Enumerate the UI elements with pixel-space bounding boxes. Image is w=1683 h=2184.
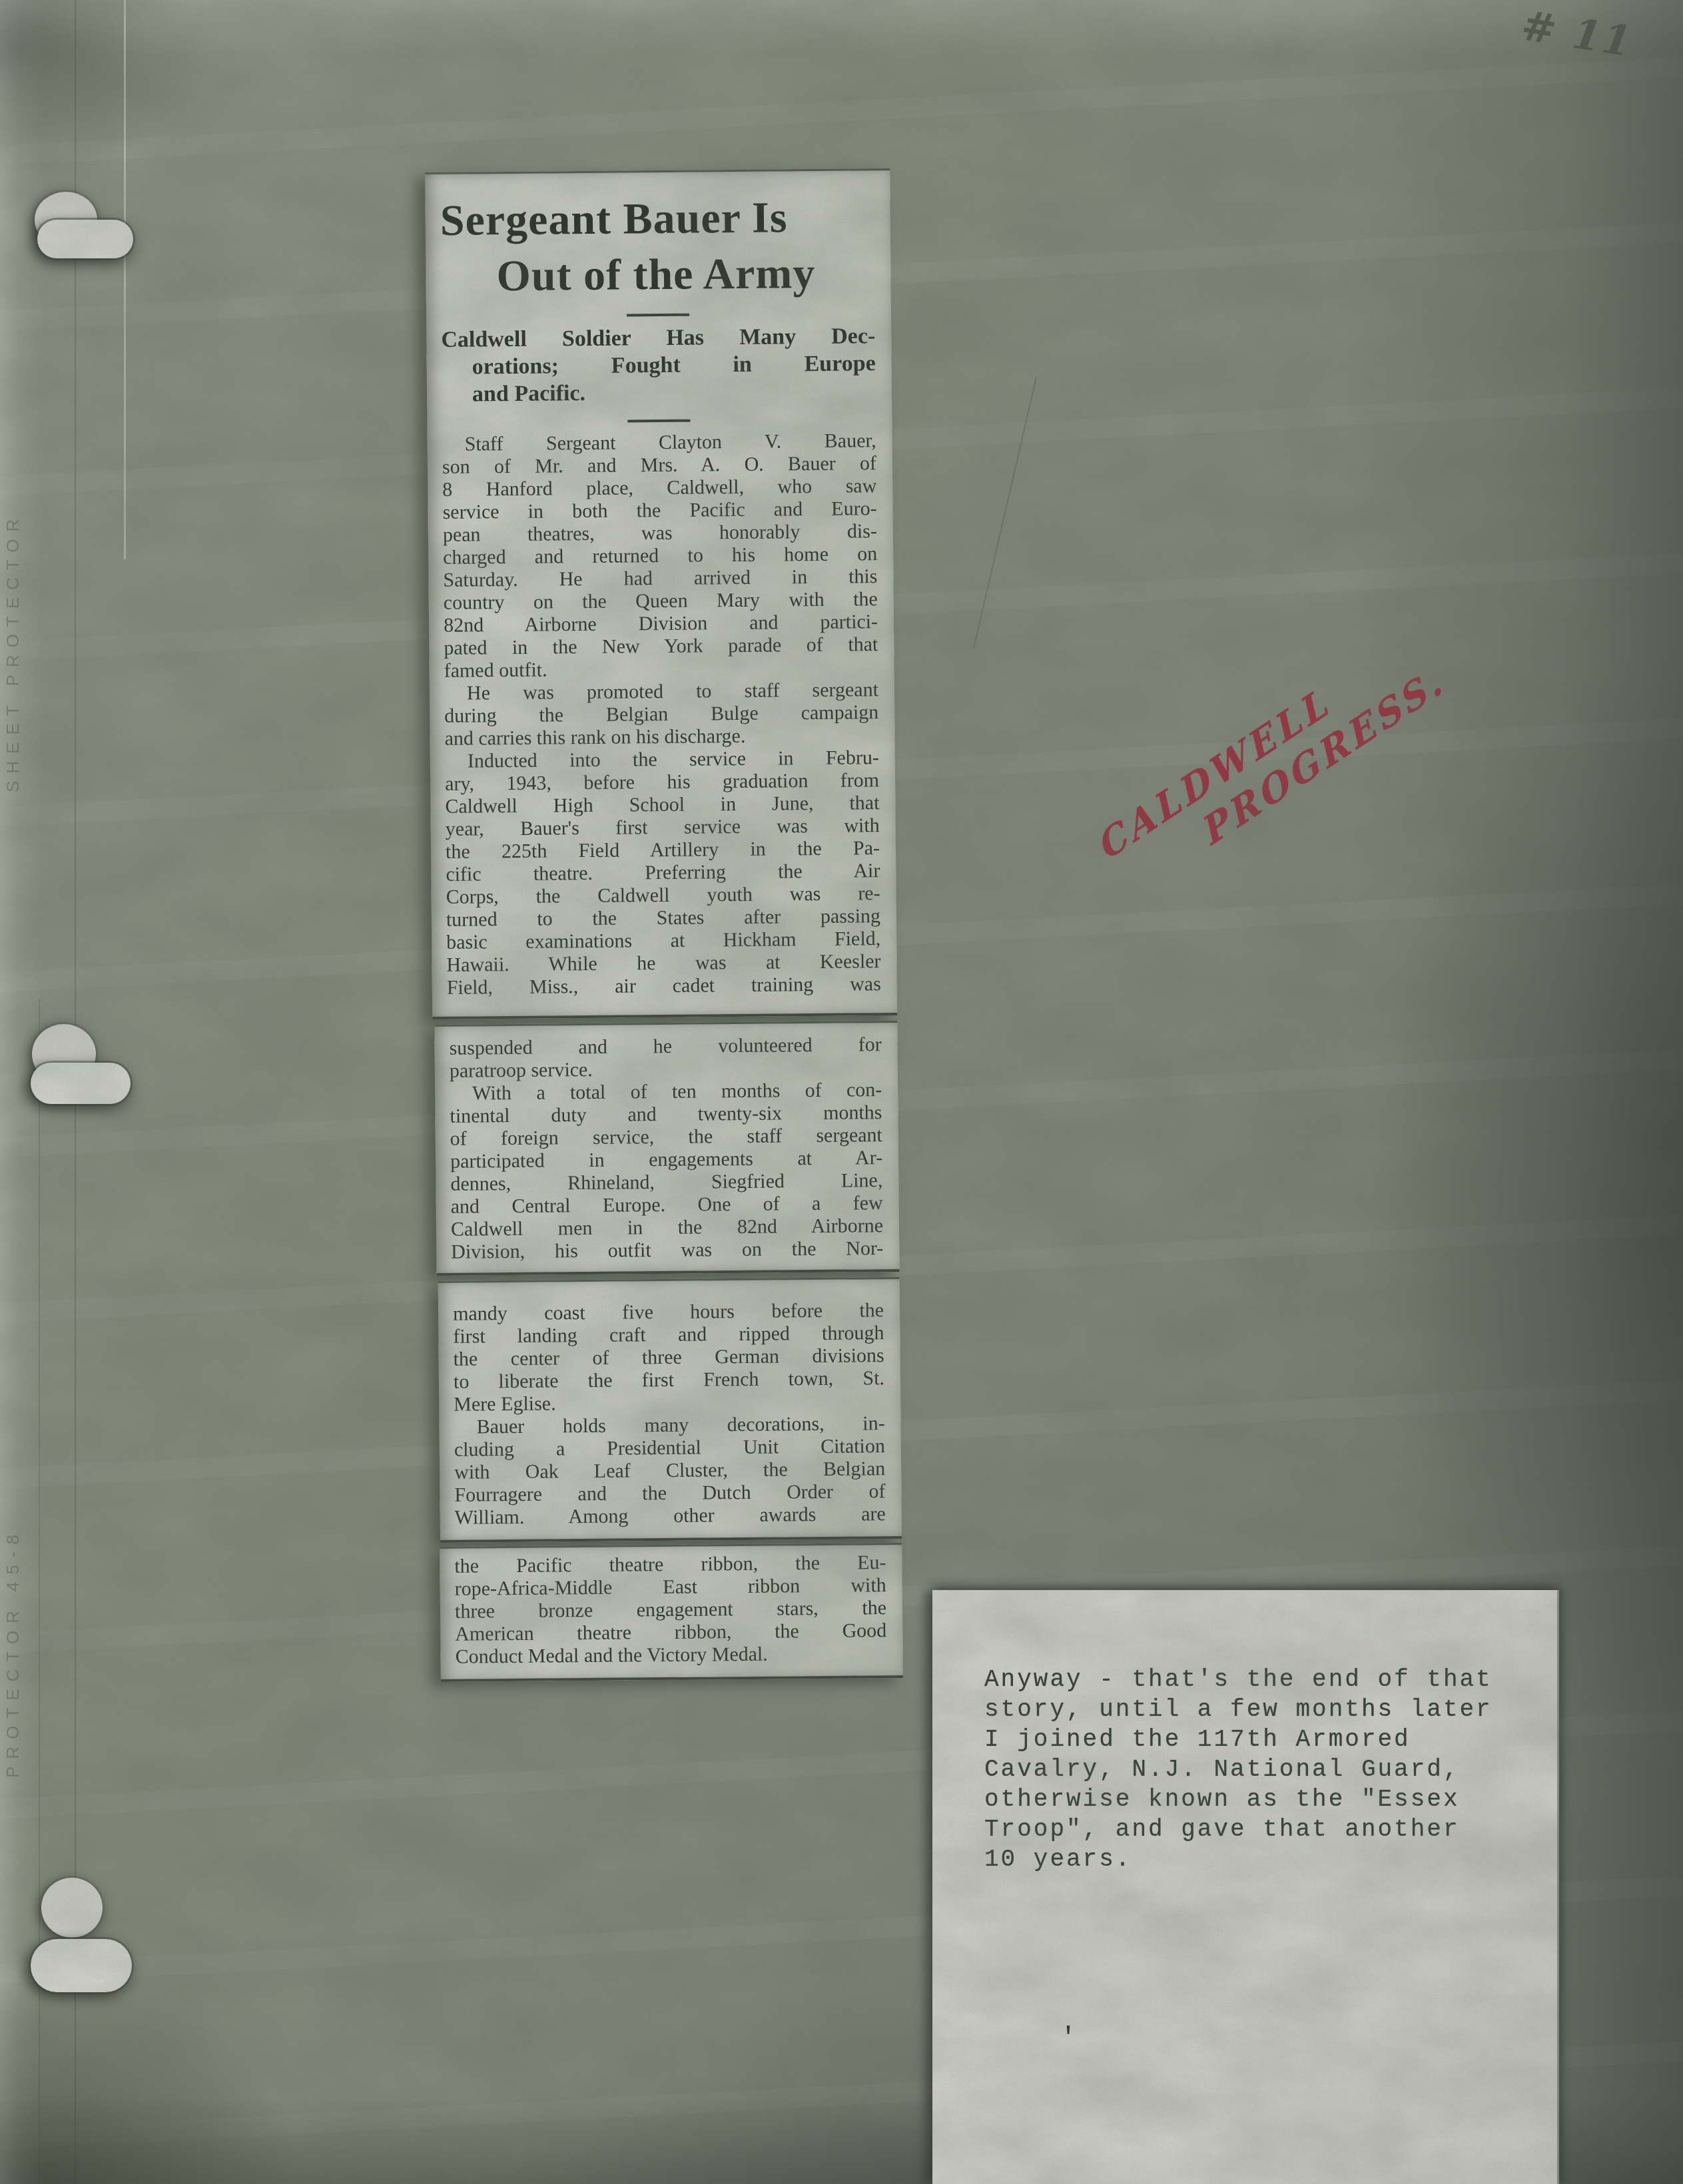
- paragraph: With a total of ten months of con-tinent…: [450, 1079, 883, 1264]
- text-line: suspended and he volunteered for: [449, 1033, 881, 1060]
- text-line: Fourragere and the Dutch Order of: [454, 1480, 885, 1507]
- clipping-body: Staff Sergeant Clayton V. Bauer,son of M…: [442, 429, 881, 999]
- text-line: pated in the New York parade of that: [444, 633, 878, 660]
- sheet-protector-edge-text: SHEET PROTECTOR: [3, 286, 23, 792]
- headline-line: Out of the Army: [496, 245, 875, 304]
- text-line: to liberate the first French town, St.: [454, 1367, 884, 1394]
- text-line: American theatre ribbon, the Good: [455, 1619, 886, 1646]
- text-line: Bauer holds many decorations, in-: [454, 1412, 884, 1439]
- text-line: Division, his outfit was on the Nor-: [451, 1237, 883, 1264]
- text-line: and carries this rank on his discharge.: [444, 724, 878, 750]
- paragraph: Bauer holds many decorations, in-cluding…: [454, 1412, 885, 1529]
- text-line: William. Among other awards are: [455, 1503, 886, 1529]
- paragraph: Staff Sergeant Clayton V. Bauer,son of M…: [442, 429, 878, 682]
- clipping-headline: Sergeant Bauer Is Out of the Army: [440, 189, 874, 305]
- text-line: With a total of ten months of con-: [450, 1079, 882, 1105]
- handwritten-red-annotation: CALDWELL PROGRESS.: [1091, 623, 1454, 904]
- text-line: and Central Europe. One of a few: [451, 1192, 883, 1219]
- text-line: famed outfit.: [444, 656, 878, 682]
- text-line: son of Mr. and Mrs. A. O. Bauer of: [442, 452, 876, 479]
- text-line: turned to the States after passing: [446, 905, 880, 932]
- text-line: story, until a few months later: [984, 1695, 1493, 1725]
- typed-note-card: Anyway - that's the end of thatstory, un…: [932, 1590, 1559, 2184]
- clipping-segment-4: the Pacific theatre ribbon, the Eu-rope-…: [440, 1543, 903, 1682]
- divider-rule: [627, 314, 689, 317]
- text-line: charged and returned to his home on: [443, 543, 877, 569]
- text-line: 10 years.: [984, 1844, 1493, 1874]
- text-line: I joined the 117th Armored: [984, 1725, 1493, 1755]
- text-line: during the Belgian Bulge campaign: [444, 701, 878, 728]
- text-line: cluding a Presidential Unit Citation: [454, 1435, 885, 1462]
- clipping-subhead: Caldwell Soldier Has Many Dec-orations; …: [441, 322, 876, 408]
- page-number-annotation: # 11: [1518, 1, 1636, 66]
- text-line: Caldwell men in the 82nd Airborne: [451, 1215, 883, 1241]
- text-line: Staff Sergeant Clayton V. Bauer,: [442, 429, 876, 456]
- clipping-body: the Pacific theatre ribbon, the Eu-rope-…: [454, 1551, 886, 1669]
- paragraph: He was promoted to staff sergeantduring …: [444, 679, 879, 750]
- text-line: service in both the Pacific and Euro-: [442, 497, 876, 524]
- text-line: Mere Eglise.: [454, 1390, 884, 1416]
- text-line: 82nd Airborne Division and partici-: [444, 611, 878, 637]
- clipping-segment-1: Sergeant Bauer Is Out of the Army Caldwe…: [425, 168, 897, 1019]
- text-line: ary, 1943, before his graduation from: [445, 769, 879, 796]
- text-line: Field, Miss., air cadet training was: [447, 973, 881, 999]
- text-line: and Pacific.: [442, 377, 876, 408]
- text-line: first landing craft and ripped through: [453, 1322, 884, 1348]
- punch-hole-reinforcement: [31, 1939, 132, 1992]
- clipping-body: suspended and he volunteered forparatroo…: [449, 1033, 883, 1264]
- text-line: tinental duty and twenty-six months: [450, 1101, 882, 1128]
- text-line: 8 Hanford place, Caldwell, who saw: [442, 475, 876, 501]
- text-line: dennes, Rhineland, Siegfried Line,: [450, 1169, 882, 1196]
- paragraph: mandy coast five hours before thefirst l…: [453, 1299, 884, 1416]
- text-line: orations; Fought in Europe: [441, 350, 875, 381]
- clipping-segment-2: suspended and he volunteered forparatroo…: [434, 1021, 899, 1276]
- text-line: basic examinations at Hickham Field,: [446, 928, 880, 954]
- text-line: participated in engagements at Ar-: [450, 1147, 882, 1173]
- newspaper-clipping: Sergeant Bauer Is Out of the Army Caldwe…: [425, 168, 903, 1682]
- punch-hole-reinforcement: [37, 220, 133, 258]
- text-line: the Pacific theatre ribbon, the Eu-: [454, 1551, 886, 1578]
- text-line: Conduct Medal and the Victory Medal.: [455, 1642, 886, 1669]
- text-line: pean theatres, was honorably dis-: [443, 520, 877, 547]
- text-line: mandy coast five hours before the: [453, 1299, 884, 1326]
- divider-rule: [627, 419, 690, 423]
- crease-line: [39, 999, 40, 2184]
- text-line: Hawaii. While he was at Keesler: [446, 950, 880, 977]
- scratch-line: [973, 376, 1037, 649]
- paragraph: suspended and he volunteered forparatroo…: [449, 1033, 882, 1083]
- text-line: Anyway - that's the end of that: [984, 1665, 1493, 1695]
- paragraph: the Pacific theatre ribbon, the Eu-rope-…: [454, 1551, 886, 1669]
- typed-note-text: Anyway - that's the end of thatstory, un…: [984, 1665, 1493, 1874]
- headline-line: Sergeant Bauer Is: [440, 189, 874, 249]
- scratch-line: [124, 0, 126, 559]
- text-line: He was promoted to staff sergeant: [444, 679, 878, 705]
- text-line: of foreign service, the staff sergeant: [450, 1124, 882, 1151]
- punch-hole-circle: [41, 1878, 103, 1938]
- text-line: the center of three German divisions: [454, 1344, 884, 1371]
- text-line: Saturday. He had arrived in this: [443, 565, 877, 592]
- punch-hole-reinforcement: [31, 1063, 131, 1104]
- text-line: with Oak Leaf Cluster, the Belgian: [454, 1458, 885, 1484]
- stray-mark: ': [1060, 2024, 1076, 2054]
- text-line: three bronze engagement stars, the: [455, 1597, 886, 1623]
- text-line: year, Bauer's first service was with: [446, 814, 880, 841]
- text-line: Inducted into the service in Febru-: [445, 746, 879, 773]
- clipping-body: mandy coast five hours before thefirst l…: [453, 1299, 886, 1529]
- text-line: rope-Africa-Middle East ribbon with: [455, 1574, 886, 1601]
- text-line: cific theatre. Preferring the Air: [446, 860, 880, 886]
- text-line: otherwise known as the "Essex: [984, 1784, 1493, 1814]
- sheet-protector-edge-text: PROTECTOR 45-8: [3, 1245, 23, 1778]
- text-line: Corps, the Caldwell youth was re-: [446, 882, 880, 909]
- scrapbook-page-scan: SHEET PROTECTOR PROTECTOR 45-8 # 11 Serg…: [0, 0, 1683, 2184]
- paragraph: Inducted into the service in Febru-ary, …: [445, 746, 881, 999]
- text-line: Caldwell Soldier Has Many Dec-: [441, 322, 875, 354]
- clipping-segment-3: mandy coast five hours before thefirst l…: [438, 1277, 902, 1543]
- text-line: Troop", and gave that another: [984, 1814, 1493, 1844]
- text-line: country on the Queen Mary with the: [444, 588, 878, 615]
- text-line: the 225th Field Artillery in the Pa-: [446, 837, 880, 864]
- text-line: Cavalry, N.J. National Guard,: [984, 1755, 1493, 1784]
- text-line: paratroop service.: [450, 1056, 882, 1083]
- text-line: Caldwell High School in June, that: [445, 792, 879, 818]
